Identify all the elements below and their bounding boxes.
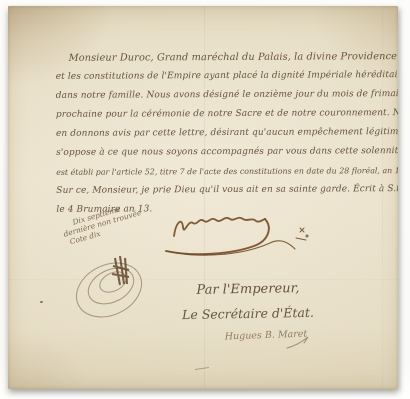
letter-line: dans notre famille. Nous avons désigné l…: [56, 85, 397, 106]
ink-speck: [40, 301, 43, 303]
letter-line: Monsieur Duroc, Grand maréchal du Palais…: [56, 47, 397, 68]
letter-paper-sheet: Monsieur Duroc, Grand maréchal du Palais…: [8, 6, 398, 389]
letter-line: en donnons avis par cette lettre, désira…: [56, 123, 397, 144]
signature-flourish-stroke: [285, 334, 311, 352]
letter-line: s'oppose à ce que nous soyons accompagné…: [56, 142, 397, 163]
napoleon-signature: [140, 208, 318, 272]
letter-line: et les constitutions de l'Empire ayant p…: [56, 66, 397, 87]
letter-line: prochaine pour la cérémonie de notre Sac…: [56, 104, 397, 125]
closing-by-emperor-line: Par l'Empereur,: [138, 280, 358, 299]
letter-line: est établi par l'article 52, titre 7 de …: [56, 161, 397, 182]
letter-line: Sur ce, Monsieur, je prie Dieu qu'il vou…: [56, 180, 397, 201]
scanned-letter-photo: Monsieur Duroc, Grand maréchal du Palais…: [0, 0, 410, 399]
maret-secretary-signature: Hugues B. Maret: [156, 326, 376, 345]
letter-body: Monsieur Duroc, Grand maréchal du Palais…: [56, 47, 398, 220]
closing-secretary-of-state-line: Le Secrétaire d'État.: [138, 304, 358, 323]
faint-pencil-mark: [195, 367, 209, 370]
